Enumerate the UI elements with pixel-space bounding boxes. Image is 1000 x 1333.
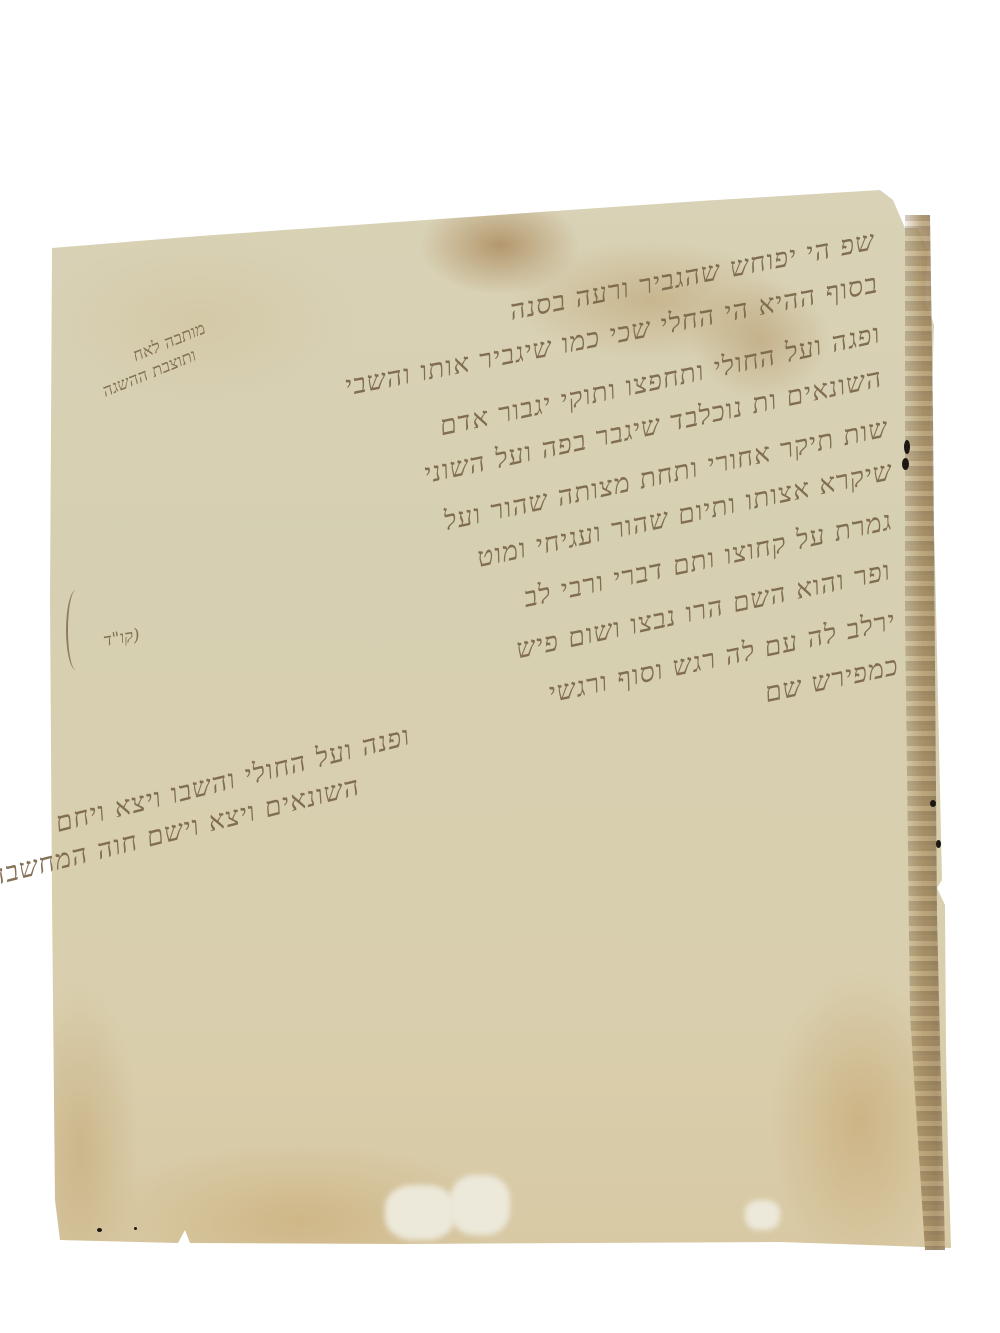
worm-hole (930, 800, 936, 807)
ink-speck (134, 1227, 137, 1230)
worm-hole (902, 458, 909, 470)
margin-bracket (66, 590, 86, 670)
water-stain-spot (745, 1200, 780, 1230)
photo-background: שפ הי יפוחש שהגביר ורעה בסנה בסוף ההיא ה… (0, 0, 1000, 1333)
ink-speck (97, 1228, 102, 1232)
water-stain-spot (450, 1175, 510, 1235)
water-stain-spot (385, 1185, 455, 1240)
worm-hole (936, 840, 941, 848)
worm-hole (904, 440, 910, 454)
